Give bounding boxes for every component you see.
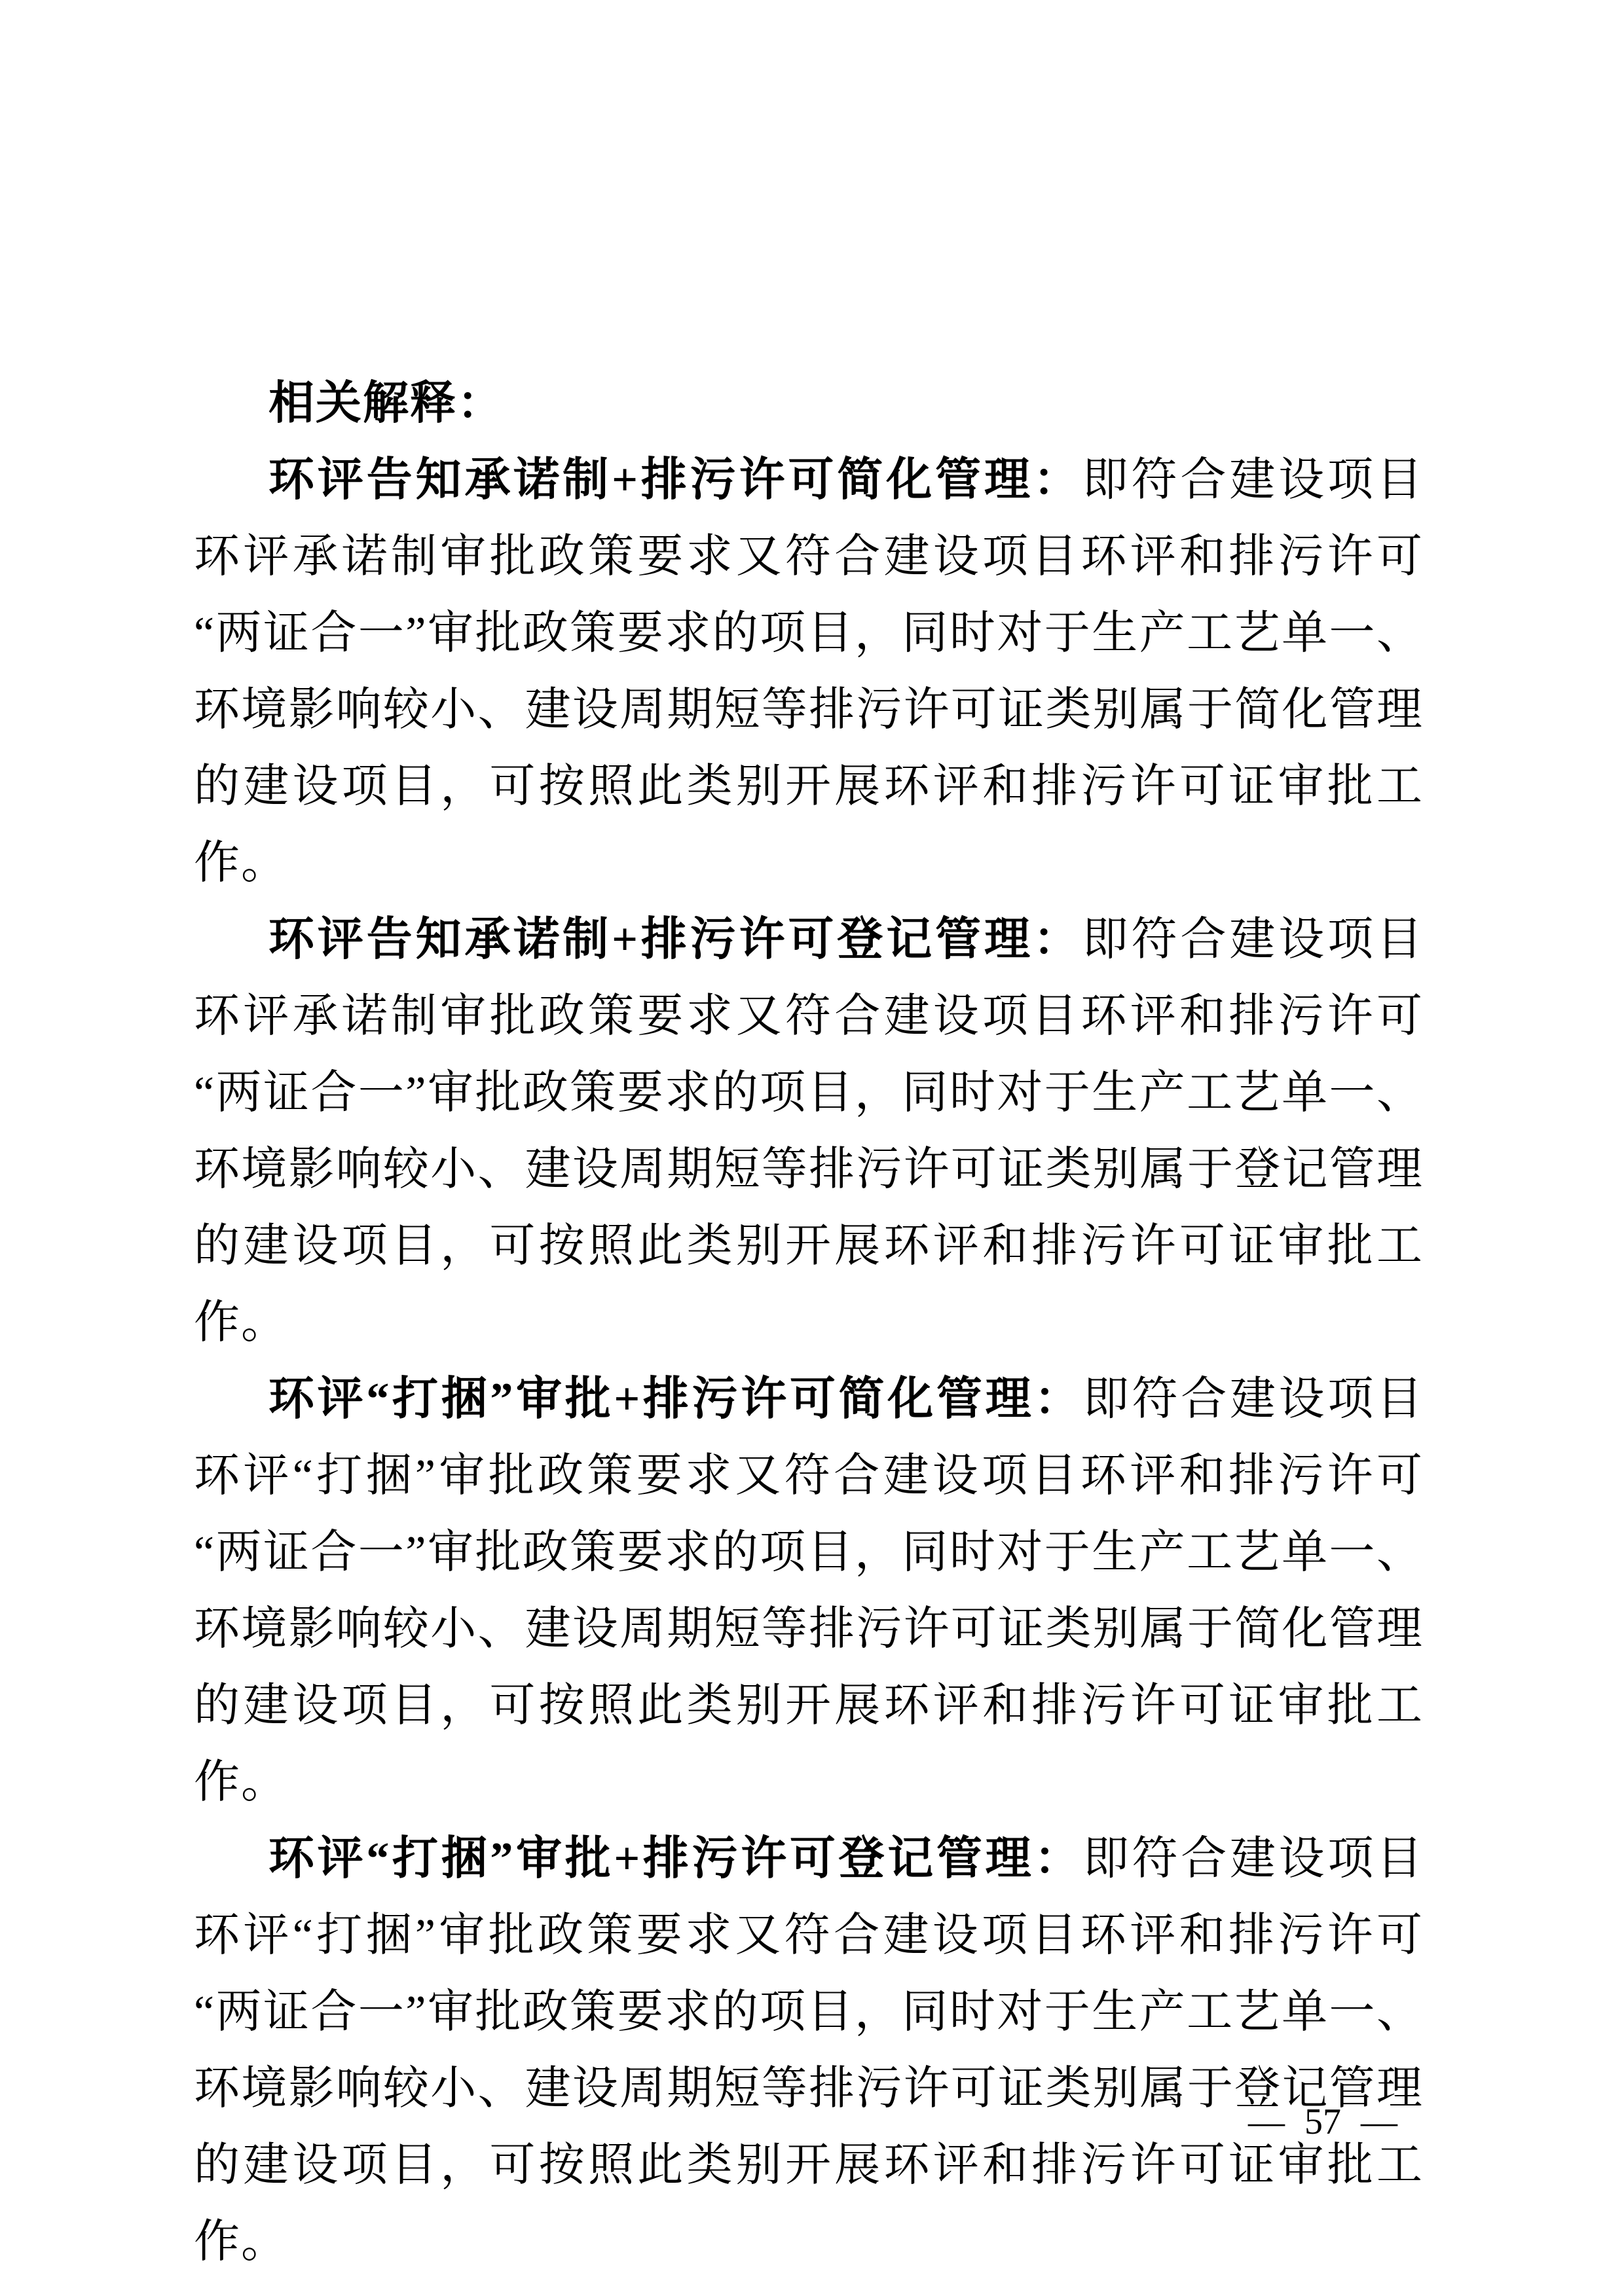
footer-dash-left: —	[1248, 2102, 1285, 2142]
page-number: 57	[1304, 2102, 1341, 2142]
paragraph-body: 即符合建设项目环评承诺制审批政策要求又符合建设项目环评和排污许可“两证合一”审批…	[194, 455, 1424, 888]
paragraph-body: 即符合建设项目环评“打捆”审批政策要求又符合建设项目环评和排污许可“两证合一”审…	[194, 1374, 1424, 1808]
document-page: 相关解释： 环评告知承诺制+排污许可简化管理：即符合建设项目环评承诺制审批政策要…	[0, 0, 1624, 2296]
paragraph: 环评告知承诺制+排污许可简化管理：即符合建设项目环评承诺制审批政策要求又符合建设…	[194, 442, 1424, 902]
paragraph-body: 即符合建设项目环评承诺制审批政策要求又符合建设项目环评和排污许可“两证合一”审批…	[194, 915, 1424, 1348]
paragraph-body: 即符合建设项目环评“打捆”审批政策要求又符合建设项目环评和排污许可“两证合一”审…	[194, 1834, 1424, 2267]
paragraph: 环评“打捆”审批+排污许可登记管理：即符合建设项目环评“打捆”审批政策要求又符合…	[194, 1821, 1424, 2280]
paragraph-lead: 环评“打捆”审批+排污许可简化管理：	[268, 1374, 1083, 1425]
paragraph: 环评告知承诺制+排污许可登记管理：即符合建设项目环评承诺制审批政策要求又符合建设…	[194, 902, 1424, 1361]
page-footer: —57—	[1218, 2102, 1428, 2142]
paragraph-lead: 环评告知承诺制+排污许可登记管理：	[268, 915, 1082, 965]
document-body: 相关解释： 环评告知承诺制+排污许可简化管理：即符合建设项目环评承诺制审批政策要…	[194, 365, 1424, 2280]
section-heading: 相关解释：	[194, 365, 1424, 442]
paragraph-lead: 环评“打捆”审批+排污许可登记管理：	[268, 1834, 1083, 1884]
paragraph-lead: 环评告知承诺制+排污许可简化管理：	[268, 455, 1082, 505]
footer-dash-right: —	[1361, 2102, 1397, 2142]
paragraph: 环评“打捆”审批+排污许可简化管理：即符合建设项目环评“打捆”审批政策要求又符合…	[194, 1361, 1424, 1821]
